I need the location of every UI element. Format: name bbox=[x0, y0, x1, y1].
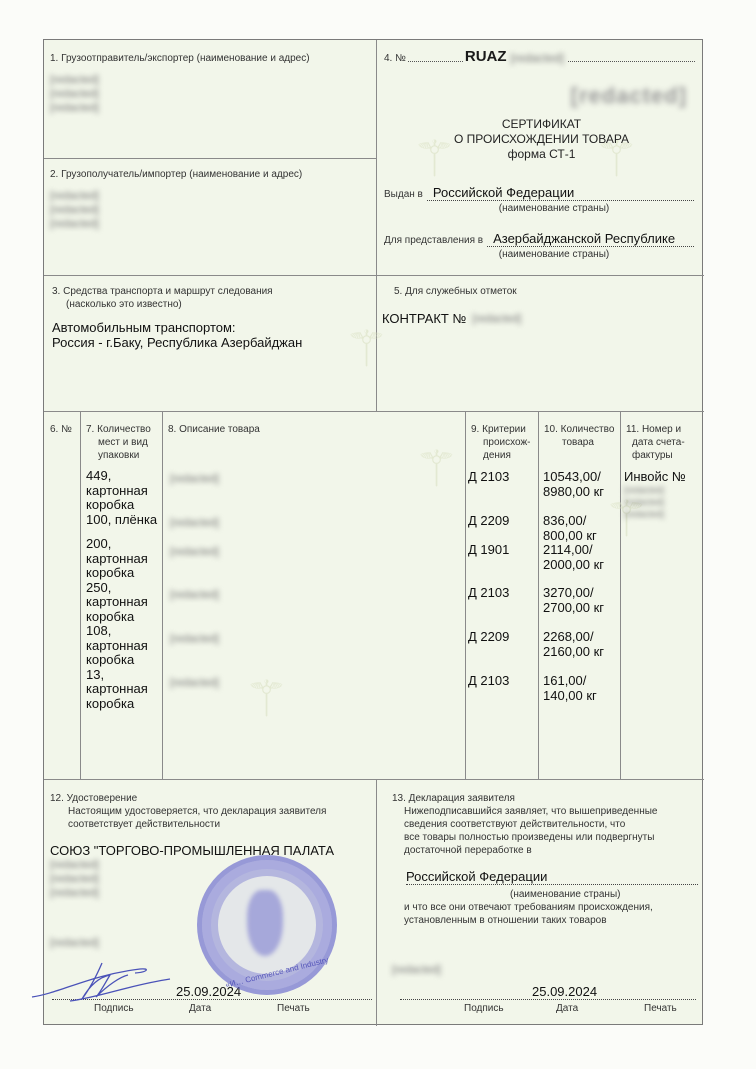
goods-description: [redacted] bbox=[170, 632, 219, 646]
origin-criterion: Д 2103 bbox=[468, 673, 509, 688]
header-packages-line: мест и вид bbox=[86, 436, 160, 449]
package-line: коробка bbox=[86, 498, 162, 513]
caption-signature: Подпись bbox=[464, 1002, 504, 1015]
signature-line bbox=[400, 999, 696, 1000]
invoice-reference: Инвойс № [redacted] [redacted] [redacted… bbox=[624, 469, 702, 520]
box-transport: 3. Средства транспорта и маршрут следова… bbox=[52, 285, 372, 350]
declaration-label: 13. Декларация заявителя bbox=[392, 792, 698, 805]
quantity-net: 8980,00 кг bbox=[543, 484, 604, 499]
goods-description: [redacted] bbox=[170, 516, 219, 530]
declaration-text: Нижеподписавшийся заявляет, что вышеприв… bbox=[404, 805, 698, 818]
header-item-number: 6. № bbox=[50, 423, 72, 436]
package-line: 13, bbox=[86, 668, 162, 683]
divider bbox=[44, 275, 704, 276]
declaration-date: 25.09.2024 bbox=[532, 984, 597, 999]
quantity-gross: 836,00/ bbox=[543, 513, 597, 528]
divider bbox=[162, 411, 163, 779]
package-line: 449, bbox=[86, 469, 162, 484]
blank-serial-number: [redacted] bbox=[571, 83, 687, 109]
package-line: 108, bbox=[86, 624, 162, 639]
invoice-line: [redacted] bbox=[624, 496, 702, 508]
contract-label: КОНТРАКТ № bbox=[382, 311, 466, 326]
origin-criterion: Д 2209 bbox=[468, 629, 509, 644]
header-quantity-line: товара bbox=[544, 436, 620, 449]
divider bbox=[538, 411, 539, 779]
caduceus-icon bbox=[247, 890, 283, 956]
divider bbox=[620, 411, 621, 779]
country-caption: (наименование страны) bbox=[444, 248, 664, 261]
declaration-country: Российской Федерации bbox=[406, 869, 698, 885]
handwritten-signature-icon bbox=[30, 955, 180, 1005]
organization-address-line: [redacted] bbox=[50, 858, 372, 872]
invoice-label: Инвойс № bbox=[624, 469, 702, 484]
goods-description: [redacted] bbox=[170, 545, 219, 559]
declaration-text: сведения соответствуют действительности,… bbox=[404, 818, 698, 831]
caption-seal: Печать bbox=[277, 1002, 310, 1015]
divider bbox=[376, 40, 377, 275]
exporter-line: [redacted] bbox=[50, 101, 370, 115]
divider bbox=[376, 779, 377, 1026]
transport-mode: Автомобильным транспортом: bbox=[52, 320, 372, 335]
quantity-gross: 161,00/ bbox=[543, 673, 597, 688]
quantity-gross: 3270,00/ bbox=[543, 585, 604, 600]
certification-text: соответствует действительности bbox=[50, 818, 372, 831]
package-line: картонная bbox=[86, 639, 162, 654]
presented-in-country: Азербайджанской Республике bbox=[487, 231, 694, 247]
declaration-text: все товары полностью произведены или под… bbox=[404, 831, 698, 844]
chamber-of-commerce-stamp-icon: «И… Commerce and Industry bbox=[197, 855, 337, 995]
contract-number: [redacted] bbox=[472, 312, 521, 326]
quantity-gross: 2268,00/ bbox=[543, 629, 604, 644]
certificate-number-rest: [redacted] bbox=[511, 51, 564, 65]
importer-label: 2. Грузополучатель/импортер (наименовани… bbox=[50, 168, 370, 181]
caption-date: Дата bbox=[556, 1002, 578, 1015]
certificate-form-name: форма СТ-1 bbox=[384, 147, 699, 162]
header-quantity-line: 10. Количество bbox=[544, 423, 620, 436]
quantity-gross: 10543,00/ bbox=[543, 469, 604, 484]
box-declaration: 13. Декларация заявителя Нижеподписавший… bbox=[392, 792, 698, 977]
box-certificate-number: 4. № RUAZ [redacted] [redacted] СЕРТИФИК… bbox=[384, 48, 699, 273]
header-invoice-line: 11. Номер и bbox=[626, 423, 702, 436]
package-line: коробка bbox=[86, 610, 162, 625]
issued-in-country: Российской Федерации bbox=[427, 185, 694, 201]
goods-description: [redacted] bbox=[170, 472, 219, 486]
divider bbox=[80, 411, 81, 779]
box-exporter: 1. Грузоотправитель/экспортер (наименова… bbox=[50, 52, 370, 115]
certificate-number-prefix: RUAZ bbox=[465, 48, 507, 65]
declaration-text: и что все они отвечают требованиям проис… bbox=[404, 901, 698, 914]
issued-in-label: Выдан в bbox=[384, 188, 423, 201]
origin-criterion: Д 2209 bbox=[468, 513, 509, 528]
divider bbox=[44, 779, 704, 780]
header-criterion-line: 9. Критерии bbox=[471, 423, 535, 436]
divider bbox=[44, 158, 376, 159]
header-invoice: 11. Номер и дата счета- фактуры bbox=[626, 423, 702, 462]
caduceus-watermark-icon: ⚚ bbox=[414, 440, 459, 498]
goods-quantity: 2114,00/ 2000,00 кг bbox=[543, 542, 604, 572]
package-line: 100, плёнка bbox=[86, 513, 162, 528]
declaration-text: достаточной переработке в bbox=[404, 844, 698, 857]
transport-route: Россия - г.Баку, Республика Азербайджан bbox=[52, 335, 372, 350]
certification-label: 12. Удостоверение bbox=[50, 792, 372, 805]
issuing-organization: СОЮЗ "ТОРГОВО-ПРОМЫШЛЕННАЯ ПАЛАТА bbox=[50, 843, 372, 858]
quantity-net: 2700,00 кг bbox=[543, 600, 604, 615]
quantity-net: 2160,00 кг bbox=[543, 644, 604, 659]
header-invoice-line: дата счета- bbox=[626, 436, 702, 449]
packages-column: 449, картонная коробка 100, плёнка 200, … bbox=[86, 469, 162, 711]
invoice-line: [redacted] bbox=[624, 484, 702, 496]
caption-seal: Печать bbox=[644, 1002, 677, 1015]
exporter-label: 1. Грузоотправитель/экспортер (наименова… bbox=[50, 52, 370, 65]
declarant-name: [redacted] bbox=[392, 963, 698, 977]
header-criterion-line: дения bbox=[471, 449, 535, 462]
importer-line: [redacted] bbox=[50, 217, 370, 231]
package-line: 250, bbox=[86, 581, 162, 596]
number-label: 4. № bbox=[384, 52, 406, 65]
caption-date: Дата bbox=[189, 1002, 211, 1015]
importer-line: [redacted] bbox=[50, 203, 370, 217]
origin-criterion: Д 2103 bbox=[468, 469, 509, 484]
caduceus-watermark-icon: ⚚ bbox=[244, 670, 289, 728]
quantity-net: 140,00 кг bbox=[543, 688, 597, 703]
certificate-form: ⚚ ⚚ ⚚ ⚚ ⚚ ⚚ 1. Грузоотправитель/экспорте… bbox=[43, 39, 703, 1025]
header-packages-line: 7. Количество bbox=[86, 423, 160, 436]
goods-quantity: 161,00/ 140,00 кг bbox=[543, 673, 597, 703]
declaration-text: установленным в отношении таких товаров bbox=[404, 914, 698, 927]
invoice-line: [redacted] bbox=[624, 508, 702, 520]
importer-line: [redacted] bbox=[50, 189, 370, 203]
header-quantity: 10. Количество товара bbox=[544, 423, 620, 449]
divider bbox=[465, 411, 466, 779]
goods-quantity: 836,00/ 800,00 кг bbox=[543, 513, 597, 543]
goods-quantity: 10543,00/ 8980,00 кг bbox=[543, 469, 604, 499]
goods-description: [redacted] bbox=[170, 588, 219, 602]
divider bbox=[376, 275, 377, 411]
origin-criterion: Д 1901 bbox=[468, 542, 509, 557]
exporter-line: [redacted] bbox=[50, 87, 370, 101]
exporter-line: [redacted] bbox=[50, 73, 370, 87]
package-line: картонная bbox=[86, 682, 162, 697]
header-invoice-line: фактуры bbox=[626, 449, 702, 462]
header-origin-criterion: 9. Критерии происхож- дения bbox=[471, 423, 535, 462]
goods-quantity: 2268,00/ 2160,00 кг bbox=[543, 629, 604, 659]
header-packages-line: упаковки bbox=[86, 449, 160, 462]
goods-description: [redacted] bbox=[170, 676, 219, 690]
divider bbox=[44, 411, 704, 412]
quantity-net: 2000,00 кг bbox=[543, 557, 604, 572]
transport-label-note: (насколько это известно) bbox=[52, 298, 372, 311]
country-caption: (наименование страны) bbox=[444, 202, 664, 215]
quantity-gross: 2114,00/ bbox=[543, 542, 604, 557]
package-line: коробка bbox=[86, 653, 162, 668]
header-packages: 7. Количество мест и вид упаковки bbox=[86, 423, 160, 462]
package-line: картонная bbox=[86, 595, 162, 610]
country-caption: (наименование страны) bbox=[392, 888, 698, 901]
package-line: картонная bbox=[86, 484, 162, 499]
header-criterion-line: происхож- bbox=[471, 436, 535, 449]
box-official-notes: 5. Для служебных отметок КОНТРАКТ № [red… bbox=[382, 285, 698, 326]
package-line: картонная bbox=[86, 552, 162, 567]
package-line: коробка bbox=[86, 697, 162, 712]
package-line: 200, bbox=[86, 537, 162, 552]
origin-criterion: Д 2103 bbox=[468, 585, 509, 600]
header-description: 8. Описание товара bbox=[168, 423, 260, 436]
box-importer: 2. Грузополучатель/импортер (наименовани… bbox=[50, 168, 370, 231]
certificate-title: СЕРТИФИКАТ bbox=[384, 117, 699, 132]
transport-label: 3. Средства транспорта и маршрут следова… bbox=[52, 285, 372, 298]
certification-text: Настоящим удостоверяется, что декларация… bbox=[50, 805, 372, 818]
certificate-subtitle: О ПРОИСХОЖДЕНИИ ТОВАРА bbox=[384, 132, 699, 147]
goods-quantity: 3270,00/ 2700,00 кг bbox=[543, 585, 604, 615]
quantity-net: 800,00 кг bbox=[543, 528, 597, 543]
official-notes-label: 5. Для служебных отметок bbox=[382, 285, 698, 298]
presented-in-label: Для представления в bbox=[384, 234, 483, 247]
package-line: коробка bbox=[86, 566, 162, 581]
